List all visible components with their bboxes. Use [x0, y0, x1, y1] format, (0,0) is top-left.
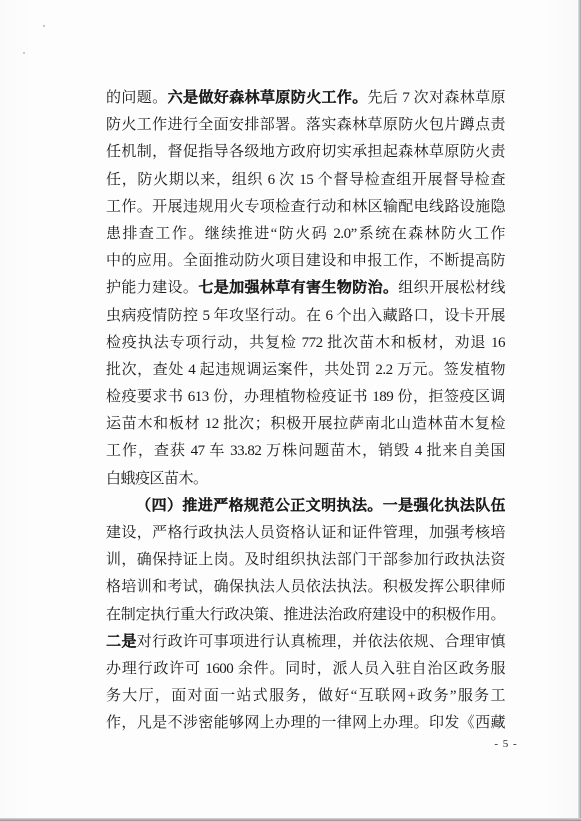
text-run: 检疫执法专项行动，共复检 772 批次苗木和板材，劝退 16	[106, 335, 505, 351]
text-line: 务大厅，面对面一站式服务，做好“互联网+政务”服务工	[106, 683, 505, 710]
text-line: 运苗木和板材 12 批次；积极开展拉萨南北山造林苗木复检	[106, 411, 505, 438]
bold-text-run: 二是	[106, 634, 137, 650]
text-run: 作，凡是不涉密能够网上办理的一律网上办理。印发《西藏	[106, 715, 505, 731]
text-line: 任，防火期以来，组织 6 次 15 个督导检查组开展督导检查	[106, 167, 505, 194]
text-run: 虫病疫情防控 5 年攻坚行动。在 6 个出入藏路口，设卡开展	[106, 308, 505, 324]
text-run: 患排查工作。继续推进“防火码 2.0”系统在森林防火工作	[106, 226, 505, 242]
text-line: 训，确保持证上岗。及时组织执法部门干部参加行政执法资	[106, 547, 505, 574]
text-line: 办理行政许可 1600 余件。同时，派人员入驻自治区政务服	[106, 656, 505, 683]
text-line: 二是对行政许可事项进行认真梳理，并依法依规、合理审慎	[106, 629, 505, 656]
text-line: 任机制，督促指导各级地方政府切实承担起森林草原防火责	[106, 139, 505, 166]
text-run: 检疫要求书 613 份，办理植物检疫证书 189 份，拒签疫区调	[106, 389, 505, 405]
bold-text-run: （四）推进严格规范公正文明执法。一是强化执法队伍	[136, 498, 505, 514]
text-run: 防火工作进行全面安排部署。落实森林草原防火包片蹲点责	[106, 117, 505, 133]
text-line: 检疫执法专项行动，共复检 772 批次苗木和板材，劝退 16	[106, 330, 505, 357]
text-line: 患排查工作。继续推进“防火码 2.0”系统在森林防火工作	[106, 221, 505, 248]
text-run: 训，确保持证上岗。及时组织执法部门干部参加行政执法资	[106, 552, 505, 568]
text-run: 运苗木和板材 12 批次；积极开展拉萨南北山造林苗木复检	[106, 416, 505, 432]
text-run: 工作，查获 47 车 33.82 万株问题苗木，销毁 4 批来自美国	[106, 443, 505, 459]
text-line: 在制定执行重大行政决策、推进法治政府建设中的积极作用。	[106, 602, 505, 629]
text-line: 作，凡是不涉密能够网上办理的一律网上办理。印发《西藏	[106, 710, 505, 737]
text-run: 护能力建设。	[106, 280, 198, 296]
text-block: 的问题。六是做好森林草原防火工作。先后 7 次对森林草原防火工作进行全面安排部署…	[106, 85, 505, 738]
text-line: 格培训和考试，确保执法人员依法执法。积极发挥公职律师	[106, 574, 505, 601]
text-run: 格培训和考试，确保执法人员依法执法。积极发挥公职律师	[106, 579, 505, 595]
text-run: 先后 7 次对森林草原	[368, 90, 505, 106]
page-number: - 5 -	[486, 738, 526, 750]
text-run: 办理行政许可 1600 余件。同时，派人员入驻自治区政务服	[106, 661, 505, 677]
bold-text-run: 七是加强林草有害生物防治。	[198, 280, 398, 296]
text-line: 护能力建设。七是加强林草有害生物防治。组织开展松材线	[106, 275, 505, 302]
text-line: 检疫要求书 613 份，办理植物检疫证书 189 份，拒签疫区调	[106, 384, 505, 411]
text-line: 工作，查获 47 车 33.82 万株问题苗木，销毁 4 批来自美国	[106, 438, 505, 465]
document-page: 的问题。六是做好森林草原防火工作。先后 7 次对森林草原防火工作进行全面安排部署…	[0, 0, 581, 821]
text-line: 防火工作进行全面安排部署。落实森林草原防火包片蹲点责	[106, 112, 505, 139]
bold-text-run: 六是做好森林草原防火工作。	[168, 90, 368, 106]
scan-speck	[23, 52, 25, 54]
text-run: 工作。开展违规用火专项检查行动和林区输配电线路设施隐	[106, 199, 505, 215]
text-run: 对行政许可事项进行认真梳理，并依法依规、合理审慎	[137, 634, 505, 650]
text-line: 建设，严格行政执法人员资格认证和证件管理，加强考核培	[106, 520, 505, 547]
text-run: 组织开展松材线	[398, 280, 505, 296]
text-run: 任机制，督促指导各级地方政府切实承担起森林草原防火责	[106, 144, 505, 160]
text-run: 任，防火期以来，组织 6 次 15 个督导检查组开展督导检查	[106, 172, 505, 188]
text-run: 中的应用。全面推动防火项目建设和申报工作，不断提高防	[106, 253, 505, 269]
scan-speck	[43, 25, 45, 27]
text-run: 的问题。	[106, 90, 168, 106]
text-run: 白蛾疫区苗木。	[106, 471, 208, 487]
text-line: 批次，查处 4 起违规调运案件，共处罚 2.2 万元。签发植物	[106, 357, 505, 384]
text-run: 建设，严格行政执法人员资格认证和证件管理，加强考核培	[106, 525, 505, 541]
text-run: 批次，查处 4 起违规调运案件，共处罚 2.2 万元。签发植物	[106, 362, 505, 378]
text-line: （四）推进严格规范公正文明执法。一是强化执法队伍	[106, 493, 505, 520]
text-line: 的问题。六是做好森林草原防火工作。先后 7 次对森林草原	[106, 85, 505, 112]
text-run: 在制定执行重大行政决策、推进法治政府建设中的积极作用。	[106, 607, 505, 623]
text-line: 白蛾疫区苗木。	[106, 466, 505, 493]
text-run: 务大厅，面对面一站式服务，做好“互联网+政务”服务工	[106, 688, 505, 704]
text-line: 工作。开展违规用火专项检查行动和林区输配电线路设施隐	[106, 194, 505, 221]
text-line: 中的应用。全面推动防火项目建设和申报工作，不断提高防	[106, 248, 505, 275]
text-line: 虫病疫情防控 5 年攻坚行动。在 6 个出入藏路口，设卡开展	[106, 303, 505, 330]
